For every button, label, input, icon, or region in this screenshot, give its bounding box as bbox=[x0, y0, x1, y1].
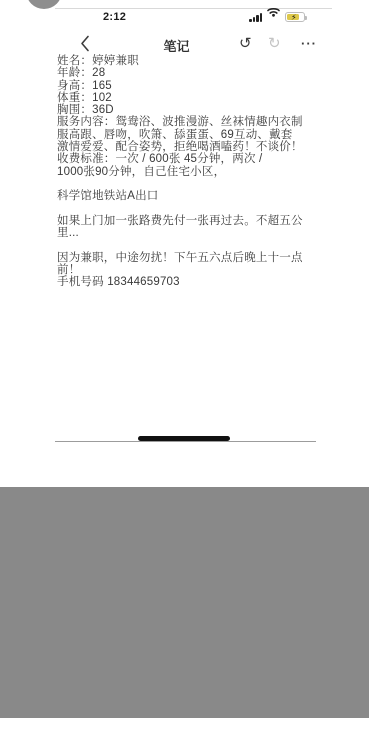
note-text-area[interactable]: 姓名：婷婷兼职 年龄：28 身高：165 体重：102 胸围：36D 服务内容：… bbox=[57, 55, 315, 289]
screenshot-viewer: 2:12 ⚡ 笔记 ↺ ↻ ··· 姓名：婷婷兼职 bbox=[0, 0, 369, 730]
note-line: 激情爱爱、配合姿势，拒绝喝酒嗑药！不谈价！ bbox=[57, 141, 315, 153]
wifi-icon bbox=[267, 4, 280, 22]
cellular-signal-icon bbox=[249, 13, 262, 22]
redo-icon[interactable]: ↻ bbox=[268, 33, 281, 55]
note-line: 如果上门加一张路费先付一张再过去。不超五公 bbox=[57, 215, 315, 227]
screenshot-bottom-edge bbox=[55, 441, 316, 442]
nav-bar: 笔记 ↺ ↻ ··· bbox=[55, 33, 332, 55]
note-line: 姓名：婷婷兼职 bbox=[57, 55, 315, 67]
screenshot-top-edge bbox=[55, 8, 332, 9]
note-line: 体重：102 bbox=[57, 92, 315, 104]
note-line bbox=[57, 178, 315, 190]
battery-nub bbox=[305, 16, 307, 20]
note-line: 1000张90分钟，自己住宅小区， bbox=[57, 166, 315, 178]
note-line: 因为兼职，中途勿扰！下午五六点后晚上十一点 bbox=[57, 252, 315, 264]
note-line: 服高跟、唇吻，吹箫、舔蛋蛋、69互动、戴套 bbox=[57, 129, 315, 141]
note-line: 收费标准：一次 / 600张 45分钟，两次 / bbox=[57, 153, 315, 165]
viewer-gray-background bbox=[0, 487, 369, 718]
page-title: 笔记 bbox=[55, 36, 298, 55]
note-line: 服务内容：鸳鸯浴、波推漫游、丝袜情趣内衣制 bbox=[57, 116, 315, 128]
note-line: 科学馆地铁站A出口 bbox=[57, 190, 315, 202]
note-line: 手机号码 18344659703 bbox=[57, 276, 315, 288]
note-line: 前！ bbox=[57, 264, 315, 276]
note-line bbox=[57, 239, 315, 251]
note-line: 里... bbox=[57, 227, 315, 239]
status-bar-time: 2:12 bbox=[103, 11, 126, 23]
battery-charging-icon: ⚡ bbox=[285, 12, 305, 22]
charging-bolt-icon: ⚡ bbox=[291, 13, 297, 23]
more-options-icon[interactable]: ··· bbox=[301, 33, 317, 55]
undo-icon[interactable]: ↺ bbox=[239, 33, 252, 55]
note-line bbox=[57, 203, 315, 215]
note-line: 身高：165 bbox=[57, 80, 315, 92]
status-bar-icons: ⚡ bbox=[249, 12, 305, 22]
note-line: 年龄：28 bbox=[57, 67, 315, 79]
home-indicator-bar bbox=[138, 436, 230, 441]
note-line: 胸围：36D bbox=[57, 104, 315, 116]
